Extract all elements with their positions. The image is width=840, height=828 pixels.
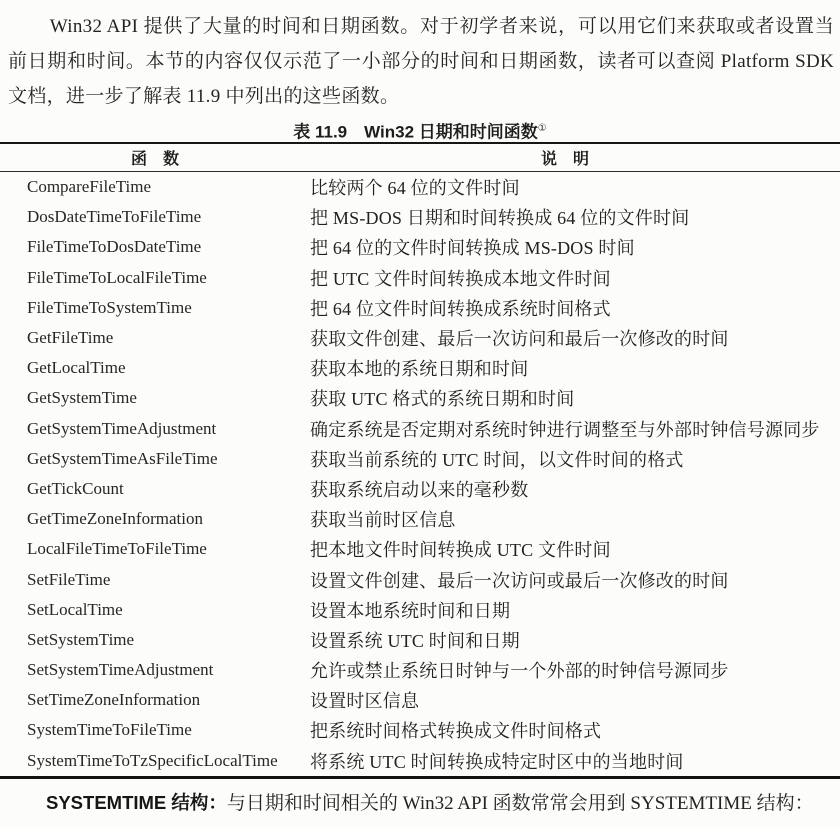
description-cell: 获取系统启动以来的毫秒数 <box>310 476 840 502</box>
description-cell: 把 UTC 文件时间转换成本地文件时间 <box>310 265 840 291</box>
table-row: FileTimeToLocalFileTime 把 UTC 文件时间转换成本地文… <box>0 263 840 293</box>
description-cell: 将系统 UTC 时间转换成特定时区中的当地时间 <box>310 748 840 774</box>
table-row: SystemTimeToTzSpecificLocalTime 将系统 UTC … <box>0 746 840 776</box>
function-name-cell: DosDateTimeToFileTime <box>0 207 310 227</box>
description-cell: 设置本地系统时间和日期 <box>310 597 840 623</box>
function-name-cell: GetSystemTimeAsFileTime <box>0 449 310 469</box>
intro-line: Win32 API 提供了大量的时间和日期函数。对于初学者来说，可以用它们来获取… <box>8 9 834 44</box>
table-row: SystemTimeToFileTime 把系统时间格式转换成文件时间格式 <box>0 715 840 745</box>
table-row: SetFileTime 设置文件创建、最后一次访问或最后一次修改的时间 <box>0 564 840 594</box>
table-title: 表 11.9 Win32 日期和时间函数① <box>0 117 840 141</box>
table-row: GetTickCount 获取系统启动以来的毫秒数 <box>0 474 840 504</box>
description-cell: 设置文件创建、最后一次访问或最后一次修改的时间 <box>310 567 840 593</box>
description-cell: 允许或禁止系统日时钟与一个外部的时钟信号源同步 <box>310 657 840 683</box>
function-name-cell: SetLocalTime <box>0 600 310 620</box>
description-cell: 获取当前系统的 UTC 时间，以文件时间的格式 <box>310 446 840 472</box>
table-row: SetTimeZoneInformation 设置时区信息 <box>0 685 840 715</box>
description-cell: 比较两个 64 位的文件时间 <box>310 174 840 200</box>
function-name-cell: GetSystemTimeAdjustment <box>0 419 310 439</box>
systemtime-paragraph: SYSTEMTIME 结构：与日期和时间相关的 Win32 API 函数常常会用… <box>0 789 840 817</box>
function-name-cell: SystemTimeToTzSpecificLocalTime <box>0 751 310 771</box>
table-row: LocalFileTimeToFileTime 把本地文件时间转换成 UTC 文… <box>0 534 840 564</box>
description-cell: 设置系统 UTC 时间和日期 <box>310 627 840 653</box>
function-name-cell: LocalFileTimeToFileTime <box>0 539 310 559</box>
table-row: DosDateTimeToFileTime 把 MS-DOS 日期和时间转换成 … <box>0 202 840 232</box>
description-cell: 获取当前时区信息 <box>310 506 840 532</box>
table-row: GetLocalTime 获取本地的系统日期和时间 <box>0 353 840 383</box>
table-row: FileTimeToDosDateTime 把 64 位的文件时间转换成 MS-… <box>0 232 840 262</box>
function-name-cell: FileTimeToLocalFileTime <box>0 268 310 288</box>
table-title-text: 表 11.9 Win32 日期和时间函数 <box>293 123 538 142</box>
table-row: GetSystemTimeAdjustment 确定系统是否定期对系统时钟进行调… <box>0 414 840 444</box>
function-name-cell: CompareFileTime <box>0 177 310 197</box>
description-cell: 把 64 位文件时间转换成系统时间格式 <box>310 295 840 321</box>
function-name-cell: GetFileTime <box>0 328 310 348</box>
table-row: GetSystemTimeAsFileTime 获取当前系统的 UTC 时间，以… <box>0 444 840 474</box>
description-cell: 获取文件创建、最后一次访问和最后一次修改的时间 <box>310 325 840 351</box>
intro-paragraph: Win32 API 提供了大量的时间和日期函数。对于初学者来说，可以用它们来获取… <box>0 0 840 114</box>
function-name-cell: SetFileTime <box>0 570 310 590</box>
table-row: GetFileTime 获取文件创建、最后一次访问和最后一次修改的时间 <box>0 323 840 353</box>
footnote-marker: ① <box>538 123 547 134</box>
systemtime-label: SYSTEMTIME 结构： <box>46 792 227 813</box>
description-cell: 获取本地的系统日期和时间 <box>310 355 840 381</box>
systemtime-text: 与日期和时间相关的 Win32 API 函数常常会用到 SYSTEMTIME 结… <box>227 793 814 814</box>
column-header-description: 说 明 <box>310 146 840 169</box>
table-header-row: 函 数 说 明 <box>0 144 840 172</box>
table-row: GetSystemTime 获取 UTC 格式的系统日期和时间 <box>0 383 840 413</box>
description-cell: 设置时区信息 <box>310 687 840 713</box>
column-header-function: 函 数 <box>0 146 310 169</box>
table-row: SetLocalTime 设置本地系统时间和日期 <box>0 595 840 625</box>
function-name-cell: SetSystemTime <box>0 630 310 650</box>
table-body: CompareFileTime 比较两个 64 位的文件时间 DosDateTi… <box>0 172 840 776</box>
book-page: Win32 API 提供了大量的时间和日期函数。对于初学者来说，可以用它们来获取… <box>0 0 840 828</box>
intro-line: 前日期和时间。本节的内容仅仅示范了一小部分的时间和日期函数，读者可以查阅 Pla… <box>8 44 834 79</box>
table-row: CompareFileTime 比较两个 64 位的文件时间 <box>0 172 840 202</box>
table-row: GetTimeZoneInformation 获取当前时区信息 <box>0 504 840 534</box>
function-name-cell: FileTimeToSystemTime <box>0 298 310 318</box>
function-name-cell: GetTimeZoneInformation <box>0 509 310 529</box>
table-row: FileTimeToSystemTime 把 64 位文件时间转换成系统时间格式 <box>0 293 840 323</box>
function-name-cell: GetTickCount <box>0 479 310 499</box>
function-name-cell: GetLocalTime <box>0 358 310 378</box>
description-cell: 确定系统是否定期对系统时钟进行调整至与外部时钟信号源同步 <box>310 416 840 442</box>
table-row: SetSystemTimeAdjustment 允许或禁止系统日时钟与一个外部的… <box>0 655 840 685</box>
table-row: SetSystemTime 设置系统 UTC 时间和日期 <box>0 625 840 655</box>
function-name-cell: SystemTimeToFileTime <box>0 720 310 740</box>
functions-table: 函 数 说 明 CompareFileTime 比较两个 64 位的文件时间 D… <box>0 142 840 779</box>
description-cell: 把本地文件时间转换成 UTC 文件时间 <box>310 536 840 562</box>
function-name-cell: GetSystemTime <box>0 388 310 408</box>
description-cell: 把系统时间格式转换成文件时间格式 <box>310 717 840 743</box>
function-name-cell: SetSystemTimeAdjustment <box>0 660 310 680</box>
description-cell: 把 MS-DOS 日期和时间转换成 64 位的文件时间 <box>310 204 840 230</box>
description-cell: 获取 UTC 格式的系统日期和时间 <box>310 385 840 411</box>
intro-line: 文档，进一步了解表 11.9 中列出的这些函数。 <box>8 79 834 114</box>
function-name-cell: SetTimeZoneInformation <box>0 690 310 710</box>
description-cell: 把 64 位的文件时间转换成 MS-DOS 时间 <box>310 234 840 260</box>
function-name-cell: FileTimeToDosDateTime <box>0 237 310 257</box>
